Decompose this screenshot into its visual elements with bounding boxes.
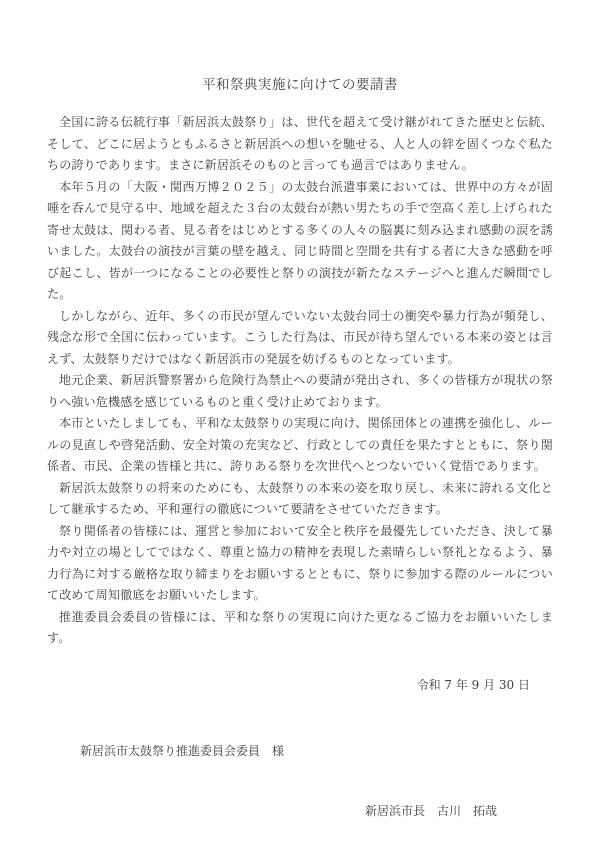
- date-line: 令和 7 年 9 月 30 日: [47, 676, 530, 694]
- paragraph: 本年５月の「大阪・関西万博２０２５」の太鼓台派遣事業においては、世界中の方々が固…: [47, 177, 553, 306]
- paragraph: 地元企業、新居浜警察署から危険行為禁止への要請が発出され、多くの皆様方が現状の祭…: [47, 370, 553, 413]
- paragraph: 新居浜太鼓祭りの将来のためにも、太鼓祭りの本来の姿を取り戻し、未来に誇れる文化と…: [47, 478, 553, 521]
- paragraph: 全国に誇る伝統行事「新居浜太鼓祭り」は、世代を超えて受け継がれてきた歴史と伝統、…: [47, 112, 553, 177]
- paragraph: 推進委員会委員の皆様には、平和な祭りの実現に向けた更なるご協力をお願いいたします…: [47, 607, 553, 650]
- document-title: 平和祭典実施に向けての要請書: [47, 76, 553, 94]
- recipient-line: 新居浜市太鼓祭り推進委員会委員 様: [80, 742, 553, 760]
- body-paragraphs: 全国に誇る伝統行事「新居浜太鼓祭り」は、世代を超えて受け継がれてきた歴史と伝統、…: [47, 112, 553, 650]
- paragraph: 祭り関係者の皆様には、運営と参加において安全と秩序を最優先していただき、決して暴…: [47, 521, 553, 607]
- paragraph: しかしながら、近年、多くの市民が望んでいない太鼓台同士の衝突や暴力行為が頻発し、…: [47, 306, 553, 371]
- signature-line: 新居浜市長 古川 拓哉: [365, 802, 553, 820]
- paragraph: 本市といたしましても、平和な太鼓祭りの実現に向け、関係団体との連携を強化し、ルー…: [47, 413, 553, 478]
- letter-page: 平和祭典実施に向けての要請書 全国に誇る伝統行事「新居浜太鼓祭り」は、世代を超え…: [0, 0, 600, 849]
